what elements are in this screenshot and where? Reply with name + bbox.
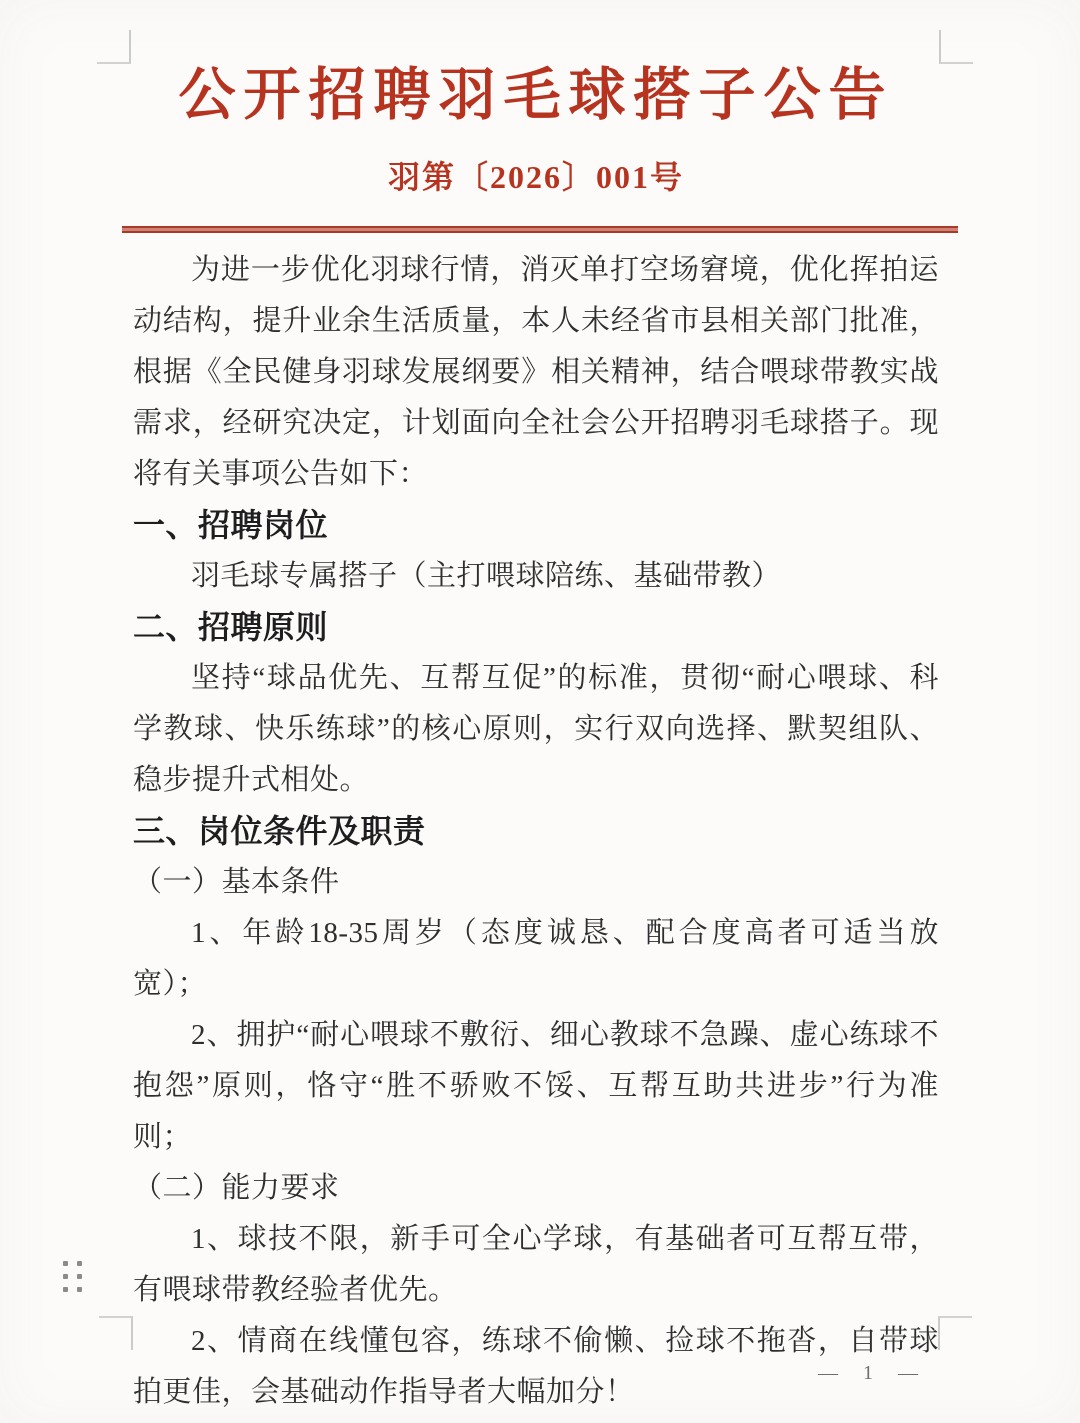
sub-heading: （二）能力要求 bbox=[133, 1163, 939, 1214]
red-divider-rule bbox=[122, 226, 958, 233]
sub-heading: （一）基本条件 bbox=[133, 857, 939, 908]
dot-grid-icon bbox=[63, 1261, 82, 1292]
section-heading: 三、岗位条件及职责 bbox=[133, 806, 939, 857]
paragraph: 羽毛球专属搭子（主打喂球陪练、基础带教） bbox=[133, 551, 939, 602]
section-heading: 二、招聘原则 bbox=[133, 602, 939, 653]
page-number: — 1 — bbox=[818, 1362, 928, 1385]
document-body: 为进一步优化羽球行情，消灭单打空场窘境，优化挥拍运动结构，提升业余生活质量，本人… bbox=[133, 245, 939, 1418]
paragraph: 1、球技不限，新手可全心学球，有基础者可互帮互带，有喂球带教经验者优先。 bbox=[133, 1214, 939, 1316]
crop-mark-top-left-icon bbox=[97, 30, 131, 64]
document-page: 公开招聘羽毛球搭子公告 羽第〔2026〕001号 为进一步优化羽球行情，消灭单打… bbox=[0, 0, 1080, 1423]
section-heading: 一、招聘岗位 bbox=[133, 500, 939, 551]
document-number: 羽第〔2026〕001号 bbox=[133, 152, 939, 198]
paragraph: 坚持“球品优先、互帮互促”的标准，贯彻“耐心喂球、科学教球、快乐练球”的核心原则… bbox=[133, 653, 939, 806]
document-content: 公开招聘羽毛球搭子公告 羽第〔2026〕001号 为进一步优化羽球行情，消灭单打… bbox=[133, 62, 939, 1418]
paragraph: 1、年龄18-35周岁（态度诚恳、配合度高者可适当放宽）； bbox=[133, 908, 939, 1010]
paragraph: 2、拥护“耐心喂球不敷衍、细心教球不急躁、虚心练球不抱怨”原则，恪守“胜不骄败不… bbox=[133, 1010, 939, 1163]
document-title: 公开招聘羽毛球搭子公告 bbox=[133, 62, 939, 130]
paragraph: 为进一步优化羽球行情，消灭单打空场窘境，优化挥拍运动结构，提升业余生活质量，本人… bbox=[133, 245, 939, 500]
crop-mark-bottom-left-icon bbox=[99, 1316, 133, 1350]
crop-mark-top-right-icon bbox=[939, 30, 973, 64]
crop-mark-bottom-right-icon bbox=[938, 1316, 972, 1350]
